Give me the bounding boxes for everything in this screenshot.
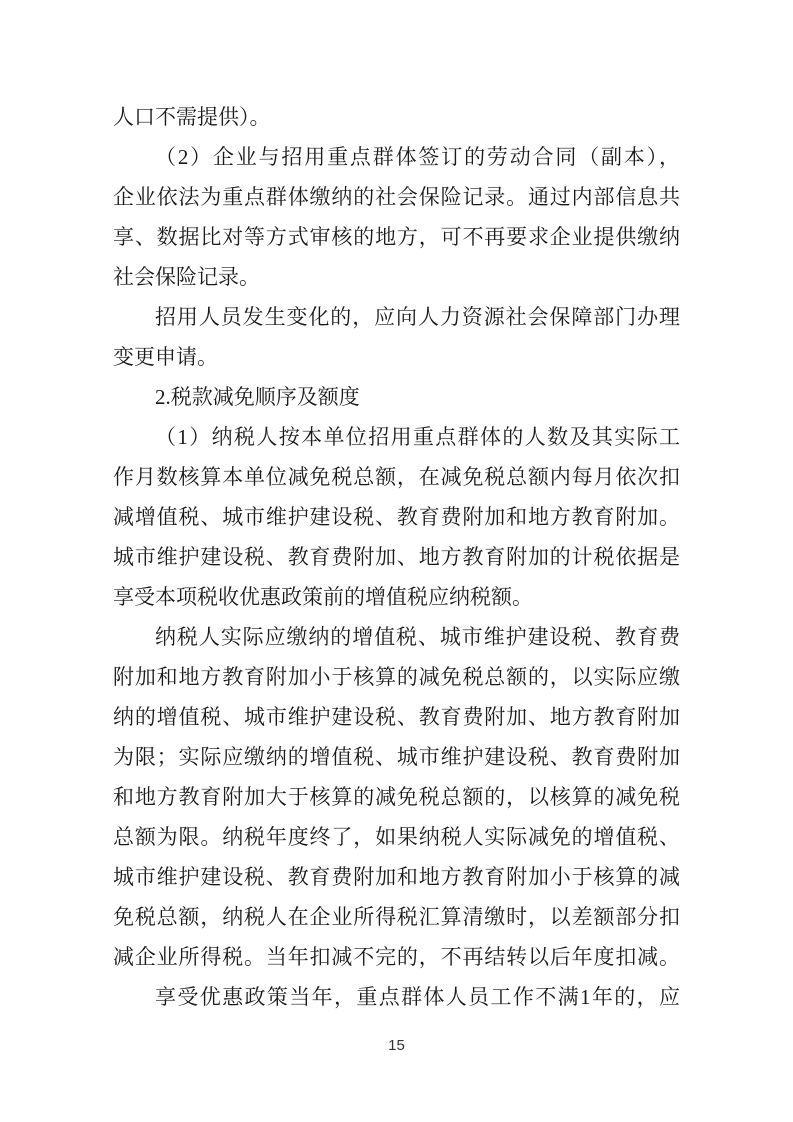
text-line: 和地方教育附加大于核算的减免税总额的，以核算的减免税: [113, 777, 680, 817]
text-block: 人口不需提供）。 （2）企业与招用重点群体签订的劳动合同（副本）， 企业依法为重…: [113, 97, 680, 1017]
text-line: 享、数据比对等方式审核的地方，可不再要求企业提供缴纳: [113, 217, 680, 257]
text-line: 减增值税、城市维护建设税、教育费附加和地方教育附加。: [113, 497, 680, 537]
text-line: 城市维护建设税、教育费附加和地方教育附加小于核算的减: [113, 857, 680, 897]
text-line: 总额为限。纳税年度终了，如果纳税人实际减免的增值税、: [113, 817, 680, 857]
text-line: 减企业所得税。当年扣减不完的，不再结转以后年度扣减。: [113, 937, 680, 977]
text-line: 附加和地方教育附加小于核算的减免税总额的，以实际应缴: [113, 657, 680, 697]
text-line: 纳税人实际应缴纳的增值税、城市维护建设税、教育费: [113, 617, 680, 657]
text-line: 享受本项税收优惠政策前的增值税应纳税额。: [113, 577, 680, 617]
text-line: （1）纳税人按本单位招用重点群体的人数及其实际工: [113, 417, 680, 457]
text-line: （2）企业与招用重点群体签订的劳动合同（副本），: [113, 137, 680, 177]
text-line: 人口不需提供）。: [113, 97, 680, 137]
text-line: 招用人员发生变化的，应向人力资源社会保障部门办理: [113, 297, 680, 337]
text-line: 作月数核算本单位减免税总额，在减免税总额内每月依次扣: [113, 457, 680, 497]
document-page: 人口不需提供）。 （2）企业与招用重点群体签订的劳动合同（副本）， 企业依法为重…: [0, 0, 793, 1122]
text-line: 变更申请。: [113, 337, 680, 377]
text-line: 城市维护建设税、教育费附加、地方教育附加的计税依据是: [113, 537, 680, 577]
text-line: 享受优惠政策当年，重点群体人员工作不满1年的，应: [113, 977, 680, 1017]
text-line: 2.税款减免顺序及额度: [113, 377, 680, 417]
text-line: 为限；实际应缴纳的增值税、城市维护建设税、教育费附加: [113, 737, 680, 777]
page-number: 15: [0, 1036, 793, 1056]
text-line: 免税总额，纳税人在企业所得税汇算清缴时，以差额部分扣: [113, 897, 680, 937]
text-line: 纳的增值税、城市维护建设税、教育费附加、地方教育附加: [113, 697, 680, 737]
text-line: 企业依法为重点群体缴纳的社会保险记录。通过内部信息共: [113, 177, 680, 217]
text-line: 社会保险记录。: [113, 257, 680, 297]
